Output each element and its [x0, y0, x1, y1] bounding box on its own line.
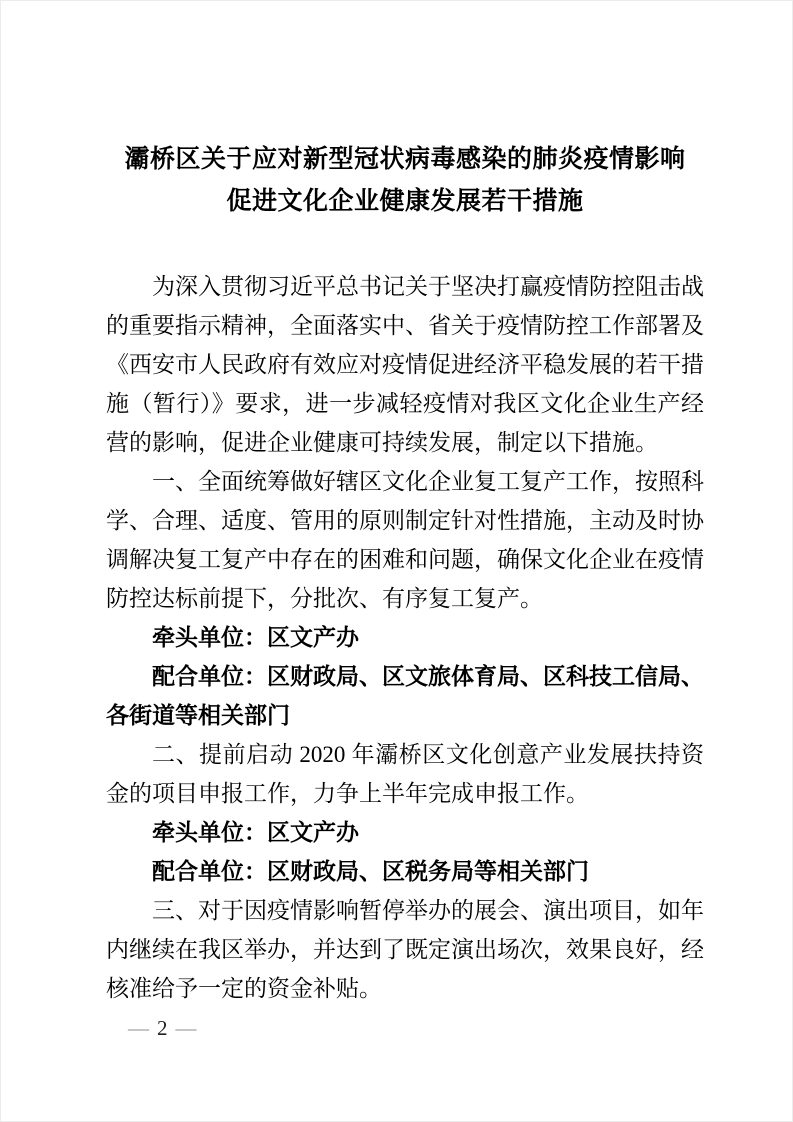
footer-left-dash: — [128, 1016, 151, 1040]
document-title-line-2: 促进文化企业健康发展若干措施 [106, 181, 704, 223]
document-body: 为深入贯彻习近平总书记关于坚决打赢疫情防控阻击战的重要指示精神，全面落实中、省关… [106, 267, 704, 1008]
paragraph-intro: 为深入贯彻习近平总书记关于坚决打赢疫情防控阻击战的重要指示精神，全面落实中、省关… [106, 267, 704, 462]
support-unit-line-1: 配合单位：区财政局、区文旅体育局、区科技工信局、各街道等相关部门 [106, 657, 704, 735]
support-unit-line-2: 配合单位：区财政局、区税务局等相关部门 [106, 852, 704, 891]
page-number: 2 [151, 1016, 176, 1040]
lead-unit-line-2: 牵头单位：区文产办 [106, 813, 704, 852]
paragraph-measure-3: 三、对于因疫情影响暂停举办的展会、演出项目，如年内继续在我区举办，并达到了既定演… [106, 891, 704, 1008]
footer-right-dash: — [176, 1016, 199, 1040]
document-title: 灞桥区关于应对新型冠状病毒感染的肺炎疫情影响 促进文化企业健康发展若干措施 [106, 139, 704, 223]
paragraph-measure-1: 一、全面统筹做好辖区文化企业复工复产工作，按照科学、合理、适度、管用的原则制定针… [106, 462, 704, 618]
page-footer: —2— [106, 1016, 704, 1041]
document-title-line-1: 灞桥区关于应对新型冠状病毒感染的肺炎疫情影响 [106, 139, 704, 181]
paragraph-measure-2: 二、提前启动 2020 年灞桥区文化创意产业发展扶持资金的项目申报工作，力争上半… [106, 735, 704, 813]
document-page: 灞桥区关于应对新型冠状病毒感染的肺炎疫情影响 促进文化企业健康发展若干措施 为深… [0, 0, 793, 1122]
lead-unit-line-1: 牵头单位：区文产办 [106, 618, 704, 657]
